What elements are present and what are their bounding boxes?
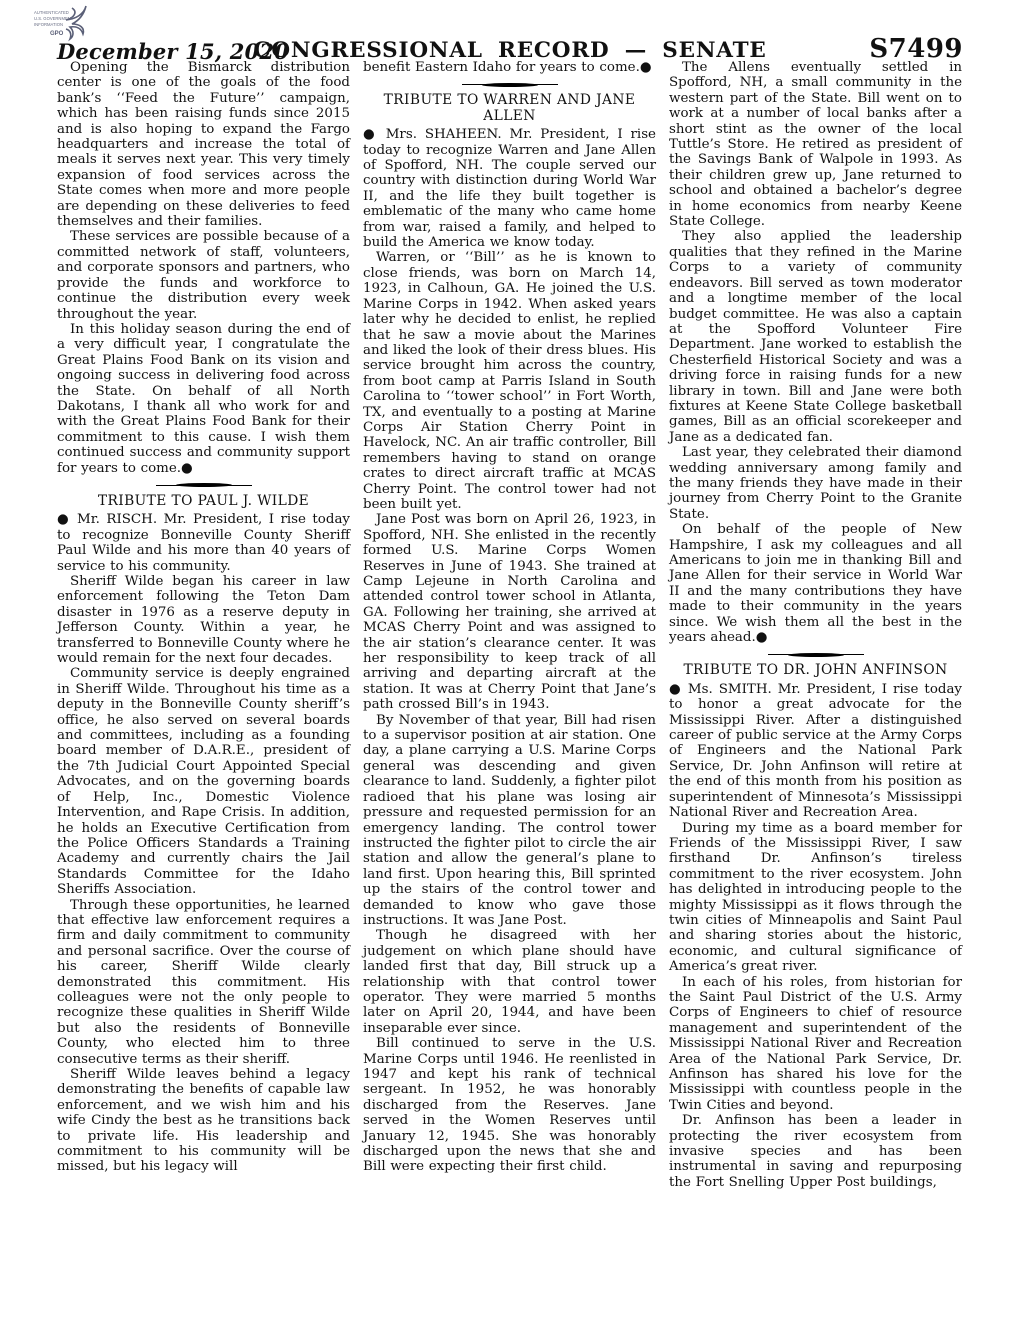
paragraph: The Allens eventually settled in Spoffor… (669, 60, 962, 229)
speech-paragraph: ● Mrs. SHAHEEN. Mr. President, I rise to… (363, 127, 656, 250)
section-heading: TRIBUTE TO WARREN AND JANE ALLEN (363, 93, 656, 124)
paragraph: Sheriff Wilde began his career in law en… (57, 574, 350, 666)
paragraph: Warren, or ‘‘Bill’’ as he is known to cl… (363, 250, 656, 512)
section-separator (462, 81, 558, 88)
paragraph: Last year, they celebrated their diamond… (669, 445, 962, 522)
paragraph: During my time as a board member for Fri… (669, 821, 962, 975)
column-1: Opening the Bismarck distribution center… (57, 60, 350, 1190)
paragraph: These services are possible because of a… (57, 229, 350, 321)
speech-paragraph: ● Ms. SMITH. Mr. President, I rise today… (669, 682, 962, 821)
section-separator (768, 651, 864, 658)
gpo-logo-line1: AUTHENTICATED (34, 10, 69, 15)
paragraph: Sheriff Wilde leaves behind a legacy dem… (57, 1067, 350, 1175)
section-heading: TRIBUTE TO DR. JOHN ANFINSON (669, 663, 962, 678)
gpo-logo-line2: U.S. GOVERNMENT (34, 16, 74, 21)
paragraph: In this holiday season during the end of… (57, 322, 350, 476)
paragraph: Jane Post was born on April 26, 1923, in… (363, 512, 656, 712)
paragraph: Bill continued to serve in the U.S. Mari… (363, 1036, 656, 1175)
speech-paragraph: ● Mr. RISCH. Mr. President, I rise today… (57, 512, 350, 574)
paragraph: benefit Eastern Idaho for years to come.… (363, 60, 656, 75)
section-heading: TRIBUTE TO PAUL J. WILDE (57, 494, 350, 509)
gpo-logo-line3: INFORMATION (34, 22, 63, 27)
paragraph: In each of his roles, from historian for… (669, 975, 962, 1114)
column-2: benefit Eastern Idaho for years to come.… (363, 60, 656, 1190)
column-3: The Allens eventually settled in Spoffor… (669, 60, 962, 1190)
congressional-record-page: AUTHENTICATED U.S. GOVERNMENT INFORMATIO… (0, 0, 1020, 1320)
section-separator (156, 482, 252, 489)
paragraph: Community service is deeply engrained in… (57, 666, 350, 897)
paragraph: They also applied the leadership qualiti… (669, 229, 962, 445)
paragraph: Through these opportunities, he learned … (57, 898, 350, 1067)
masthead: December 15, 2020 CONGRESSIONAL RECORD —… (57, 30, 963, 64)
separator-lens-icon (788, 653, 844, 657)
paragraph: Though he disagreed with her judgement o… (363, 928, 656, 1036)
separator-lens-icon (482, 83, 538, 87)
paragraph: Dr. Anfinson has been a leader in protec… (669, 1113, 962, 1190)
paragraph: Opening the Bismarck distribution center… (57, 60, 350, 229)
paragraph: By November of that year, Bill had risen… (363, 713, 656, 929)
page-content: Opening the Bismarck distribution center… (57, 60, 963, 1190)
separator-lens-icon (176, 483, 232, 487)
paragraph: On behalf of the people of New Hampshire… (669, 522, 962, 645)
